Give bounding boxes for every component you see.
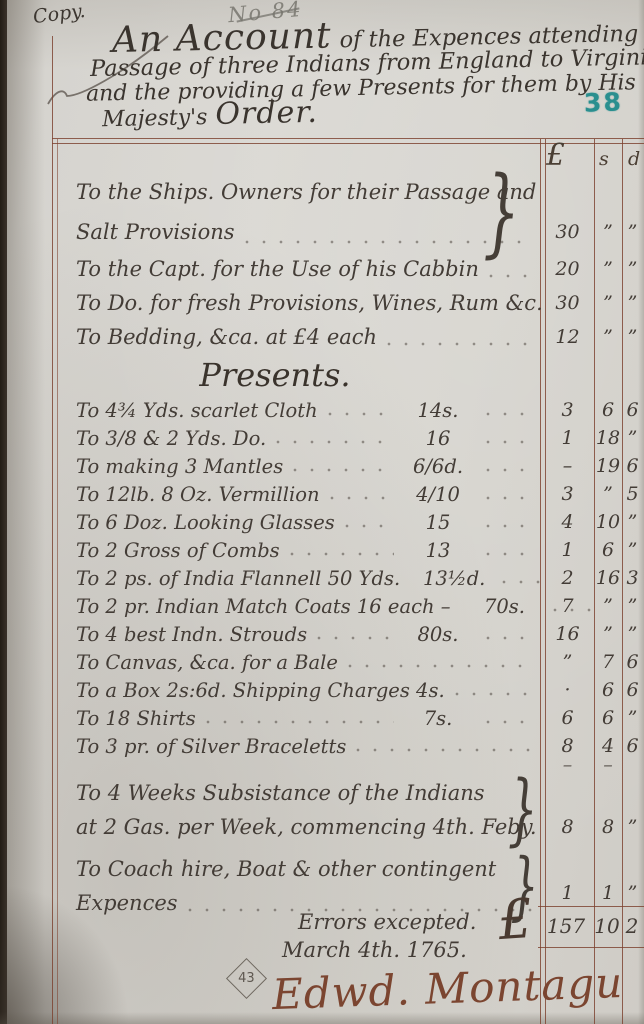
amount-shillings: 19 — [595, 455, 621, 477]
title-line-4-pre: Majesty's — [102, 105, 208, 132]
amount-pence: ” — [621, 221, 644, 243]
row-description: To the Capt. for the Use of his Cabbin — [76, 257, 479, 281]
manuscript-page: Copy. No 84 An Accountof the Expences at… — [0, 0, 644, 1024]
row-unit-price: 15 — [400, 511, 476, 534]
signature: Edwd. Montagu — [271, 958, 624, 1019]
table-row: To making 3 Mantles6/6d.–196 — [0, 452, 644, 480]
dot-leader — [293, 467, 394, 473]
amount-shillings: ” — [595, 326, 621, 348]
amount-shillings: 16 — [595, 567, 621, 589]
amount-pounds: · — [543, 679, 592, 701]
amount-shillings: 6 — [595, 707, 621, 729]
dot-leader — [276, 439, 394, 445]
dot-leader — [486, 719, 532, 725]
total-pound-symbol: £ — [496, 887, 535, 952]
row-description: To 2 pr. Indian Match Coats 16 each – — [76, 595, 451, 618]
ledger-rows: To the Ships. Owners for their Passage a… — [0, 172, 644, 920]
amount-pence: ” — [621, 292, 644, 314]
row-unit-price: 14s. — [400, 399, 476, 422]
dot-leader — [486, 467, 532, 473]
dot-leader — [486, 495, 532, 501]
row-line-1: To the Ships. Owners for their Passage a… — [0, 172, 644, 212]
row-description: To Coach hire, Boat & other contingent — [76, 857, 496, 881]
amount-shillings: ” — [595, 623, 621, 645]
dot-leader — [455, 691, 532, 697]
table-row: To Do. for fresh Provisions, Wines, Rum … — [0, 286, 644, 320]
table-row: To 2 Gross of Combs1316” — [0, 536, 644, 564]
table-row: To a Box 2s:6d. Shipping Charges 4s.·66 — [0, 676, 644, 704]
table-row: To 12lb. 8 Oz. Vermillion4/103”5 — [0, 480, 644, 508]
row-description: To 18 Shirts — [76, 707, 196, 730]
table-row: To 18 Shirts7s.66” — [0, 704, 644, 732]
dot-leader — [486, 635, 532, 641]
amount-pence: 5 — [621, 483, 644, 505]
archive-stamp-blue: 38 — [584, 87, 624, 117]
table-row: To 2 pr. Indian Match Coats 16 each –70s… — [0, 592, 644, 620]
pounds-header: £ — [546, 138, 565, 173]
total-shillings: 10 — [593, 914, 621, 938]
row-description: To 2 ps. of India Flannell 50 Yds. — [76, 567, 400, 590]
row-description: Salt Provisions — [76, 220, 235, 244]
dot-leader — [328, 411, 394, 417]
amount-pence: 3 — [621, 567, 644, 589]
table-row: To the Capt. for the Use of his Cabbin20… — [0, 252, 644, 286]
row-unit-price: 13 — [400, 539, 476, 562]
total-pence: 2 — [619, 914, 644, 938]
amount-shillings: ” — [595, 595, 621, 617]
amount-pounds: 20 — [543, 258, 592, 280]
dot-leader — [486, 411, 532, 417]
errors-excepted-note: Errors excepted. — [298, 910, 476, 934]
table-row: To the Ships. Owners for their Passage a… — [0, 172, 644, 252]
row-description: To Do. for fresh Provisions, Wines, Rum … — [76, 291, 543, 315]
amount-pence: ” — [621, 882, 644, 904]
amount-shillings: 6 — [595, 679, 621, 701]
amount-pounds: 16 — [543, 623, 592, 645]
amount-shillings: 1 — [595, 882, 621, 904]
amount-pounds: 1 — [543, 427, 592, 449]
row-unit-price: 7s. — [400, 707, 476, 730]
diamond-stamp-number: 43 — [238, 971, 255, 986]
total-rule-bottom — [538, 947, 644, 948]
row-description: To making 3 Mantles — [76, 455, 283, 478]
amount-pence: ” — [621, 258, 644, 280]
table-row: To Bedding, &ca. at £4 each12”” — [0, 320, 644, 354]
dot-leader — [356, 747, 532, 753]
amount-pence: 6 — [621, 679, 644, 701]
dot-leader — [489, 273, 532, 279]
dot-leader — [348, 663, 532, 669]
amount-pence: ” — [621, 539, 644, 561]
amount-pounds: 2 — [543, 567, 592, 589]
dot-leader — [345, 523, 394, 529]
title-line-4: Majesty'sOrder. — [102, 95, 319, 135]
row-description: To 3 pr. of Silver Braceletts — [76, 735, 346, 758]
row-description: To 4 best Indn. Strouds — [76, 623, 307, 646]
row-unit-price: 16 — [400, 427, 476, 450]
amount-pounds: 1 — [543, 882, 592, 904]
row-description: To 4¾ Yds. scarlet Cloth — [76, 399, 318, 422]
amount-pounds: 1 — [543, 539, 592, 561]
amount-pounds: 3 — [543, 483, 592, 505]
dot-leader — [387, 341, 532, 347]
pence-header: d — [628, 148, 640, 170]
row-description: To 12lb. 8 Oz. Vermillion — [76, 483, 320, 506]
amount-pounds: 12 — [543, 326, 592, 348]
dot-leader — [330, 495, 394, 501]
amount-shillings: 8 — [595, 816, 621, 838]
amount-pounds: – — [543, 455, 592, 477]
curly-brace: } — [508, 765, 538, 855]
table-row: To Canvas, &ca. for a Bale”76 — [0, 648, 644, 676]
amount-pence: ” — [621, 707, 644, 729]
row-description: To 4 Weeks Subsistance of the Indians — [76, 781, 485, 805]
row-description: To Canvas, &ca. for a Bale — [76, 651, 338, 674]
amount-shillings: 10 — [595, 511, 621, 533]
amount-pence: ” — [621, 816, 644, 838]
amount-pence: ” — [621, 623, 644, 645]
row-line-2: Salt Provisions30”” — [0, 212, 644, 252]
presents-heading: Presents. — [199, 356, 350, 394]
date-line: March 4th. 1765. — [282, 938, 467, 962]
row-description: To 2 Gross of Combs — [76, 539, 280, 562]
row-line-1: To 4 Weeks Subsistance of the Indians — [0, 776, 644, 810]
amount-shillings: 18 — [595, 427, 621, 449]
title-order-word: Order. — [215, 95, 318, 132]
amount-pounds: 4 — [543, 511, 592, 533]
amount-shillings: ” — [595, 221, 621, 243]
amount-pounds: ” — [543, 651, 592, 673]
amount-pounds: 3 — [543, 399, 592, 421]
table-row: To 4¾ Yds. scarlet Cloth14s.366 — [0, 396, 644, 424]
row-description: To the Ships. Owners for their Passage a… — [76, 180, 536, 204]
table-row: To 4 best Indn. Strouds80s.16”” — [0, 620, 644, 648]
row-unit-price: 70s. — [467, 595, 543, 618]
amount-pounds: 7 — [543, 595, 592, 617]
row-unit-price: 13½d. — [416, 567, 492, 590]
row-description: at 2 Gas. per Week, commencing 4th. Feby… — [76, 815, 537, 839]
amount-shillings: 6 — [595, 539, 621, 561]
amount-pence: ” — [621, 595, 644, 617]
table-row: To 6 Doz. Looking Glasses15410” — [0, 508, 644, 536]
amount-pounds: – — [543, 754, 592, 776]
dot-leader — [502, 579, 548, 585]
row-line-2: at 2 Gas. per Week, commencing 4th. Feby… — [0, 810, 644, 844]
amount-shillings: ” — [595, 483, 621, 505]
row-line-1: To Coach hire, Boat & other contingent — [0, 852, 644, 886]
row-description: Expences — [76, 891, 178, 915]
row-unit-price: 4/10 — [400, 483, 476, 506]
row-unit-price: 80s. — [400, 623, 476, 646]
archive-stamp-diamond: 43 — [226, 958, 267, 999]
dot-leader — [486, 551, 532, 557]
table-row: To 4 Weeks Subsistance of the Indiansat … — [0, 776, 644, 844]
row-description: To 3/8 & 2 Yds. Do. — [76, 427, 266, 450]
amount-shillings: ” — [595, 292, 621, 314]
amount-shillings: 6 — [595, 399, 621, 421]
amount-pounds: 30 — [543, 221, 592, 243]
table-row: To 2 ps. of India Flannell 50 Yds.13½d.2… — [0, 564, 644, 592]
row-description: To 6 Doz. Looking Glasses — [76, 511, 335, 534]
shillings-header: s — [599, 148, 609, 170]
total-pounds: 157 — [541, 914, 591, 938]
dot-leader — [486, 439, 532, 445]
dot-leader — [206, 719, 394, 725]
amount-pence: ” — [621, 427, 644, 449]
amount-pence: 6 — [621, 651, 644, 673]
dot-leader — [486, 523, 532, 529]
amount-pence: ” — [621, 326, 644, 348]
section-heading: Presents. — [0, 354, 644, 396]
amount-pounds: 8 — [543, 816, 592, 838]
amount-pence: 6 — [621, 735, 644, 757]
row-description: To Bedding, &ca. at £4 each — [76, 325, 377, 349]
dot-leader — [290, 551, 394, 557]
amount-pounds: 6 — [543, 707, 592, 729]
amount-pence: 6 — [621, 399, 644, 421]
amount-shillings: – — [595, 754, 621, 776]
amount-pounds: 30 — [543, 292, 592, 314]
carry-marks: –– — [0, 760, 644, 770]
table-row: To 3/8 & 2 Yds. Do.16118” — [0, 424, 644, 452]
row-unit-price: 6/6d. — [400, 455, 476, 478]
amount-shillings: 7 — [595, 651, 621, 673]
row-description: To a Box 2s:6d. Shipping Charges 4s. — [76, 679, 445, 702]
dot-leader — [317, 635, 394, 641]
amount-pence: ” — [621, 511, 644, 533]
amount-pence: 6 — [621, 455, 644, 477]
amount-shillings: ” — [595, 258, 621, 280]
